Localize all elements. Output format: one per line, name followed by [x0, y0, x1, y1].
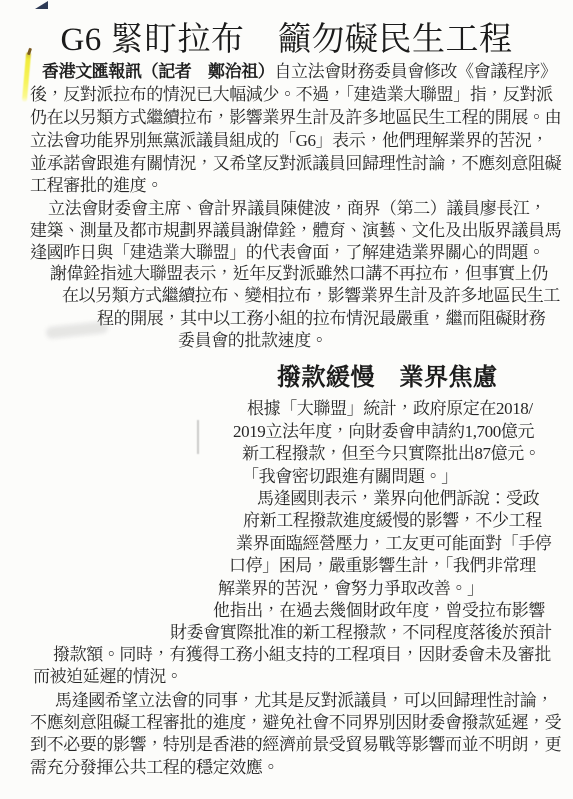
article-line: 而被迫延遲的情況。 — [33, 666, 182, 688]
headline: G6 緊盯拉布 籲勿礙民生工程 — [0, 13, 573, 60]
byline-line: 香港文匯報訊（記者 鄭治祖）自立法會財務委員會修改《會議程序》 — [42, 61, 557, 83]
article-line: 撥款額。同時，有獲得工務小組支持的工程項目，因財委會未及審批 — [53, 644, 551, 666]
article-line: 財委會實際批准的新工程撥款，不同程度落後於預計 — [170, 622, 552, 644]
article-line: 程的開展，其中以工務小組的拉布情況最嚴重，繼而阻礙財務 — [97, 308, 545, 330]
article-line: 謝偉銓指述大聯盟表示，近年反對派雖然口講不再拉布，但事實上仍 — [50, 263, 548, 285]
article-line: 業界面臨經營壓力，工友更可能面對「手停 — [236, 533, 551, 555]
article-line: 根據「大聯盟」統計，政府原定在2018/ — [247, 398, 533, 420]
article-line: 口停」困局，嚴重影響生計，「我們非常理 — [229, 555, 536, 577]
article-line: 不應刻意阻礙工程審批的進度，避免社會不同界別因財委會撥款延遲，受 — [30, 712, 561, 734]
article-line: 解業界的苦況，會努力爭取改善。」 — [218, 578, 484, 600]
article-line: 建築、測量及都市規劃界議員謝偉銓，體育、演藝、文化及出版界議員馬 — [30, 220, 561, 242]
article-line: 後，反對派拉布的情況已大幅減少。不過，「建造業大聯盟」指，反對派 — [30, 84, 553, 106]
newspaper-clipping: G6 緊盯拉布 籲勿礙民生工程 香港文匯報訊（記者 鄭治祖）自立法會財務委員會修… — [0, 0, 573, 799]
article-line: 在以另類方式繼續拉布、變相拉布，影響業界生計及許多地區民生工 — [62, 285, 560, 307]
article-line: 委員會的批款速度。 — [178, 330, 327, 352]
article-line: 需充分發揮公共工程的穩定效應。 — [30, 757, 279, 779]
article-line: 到不必要的影響，特別是香港的經濟前景受貿易戰等影響而並不明朗，更 — [30, 734, 561, 756]
byline: 香港文匯報訊（記者 鄭治祖） — [42, 62, 274, 81]
article-line: 立法會財委會主席、會計界議員陳健波，商界（第二）議員廖長江， — [48, 198, 546, 220]
article-line: 新工程撥款，但至今只實際批出87億元。 — [242, 443, 540, 465]
article-line: 工程審批的進度。 — [30, 175, 163, 197]
article-line: 立法會功能界別無黨派議員組成的「G6」表示，他們理解業界的苦況， — [30, 130, 548, 152]
article-line: 府新工程撥款進度緩慢的影響，不少工程 — [243, 510, 542, 532]
article-line: 並承諾會跟進有關情況，又希望反對派議員回歸理性討論，不應刻意阻礙 — [30, 153, 561, 175]
article-line: 逢國昨日與「建造業大聯盟」的代表會面，了解建造業界關心的問題。 — [30, 242, 545, 264]
article-line: 他指出，在過去幾個財政年度，曾受拉布影響 — [213, 600, 545, 622]
subheadline: 撥款緩慢 業界焦慮 — [277, 357, 498, 392]
article-line: 「我會密切跟進有關問題。」 — [242, 466, 458, 488]
article-line: 2019立法年度，向財委會申請約1,700億元 — [233, 421, 534, 443]
article-line: 馬逢國則表示，業界向他們訴說：受政 — [257, 488, 539, 510]
pen-triangle-mark-icon — [35, 1, 48, 9]
article-line: 仍在以另類方式繼續拉布，影響業界生計及許多地區民生工程的開展。由 — [30, 107, 561, 129]
lead-text: 自立法會財務委員會修改《會議程序》 — [274, 62, 556, 81]
article-line: 馬逢國希望立法會的同事，尤其是反對派議員，可以回歸理性討論， — [55, 690, 553, 712]
scan-artifact-line — [197, 420, 199, 454]
